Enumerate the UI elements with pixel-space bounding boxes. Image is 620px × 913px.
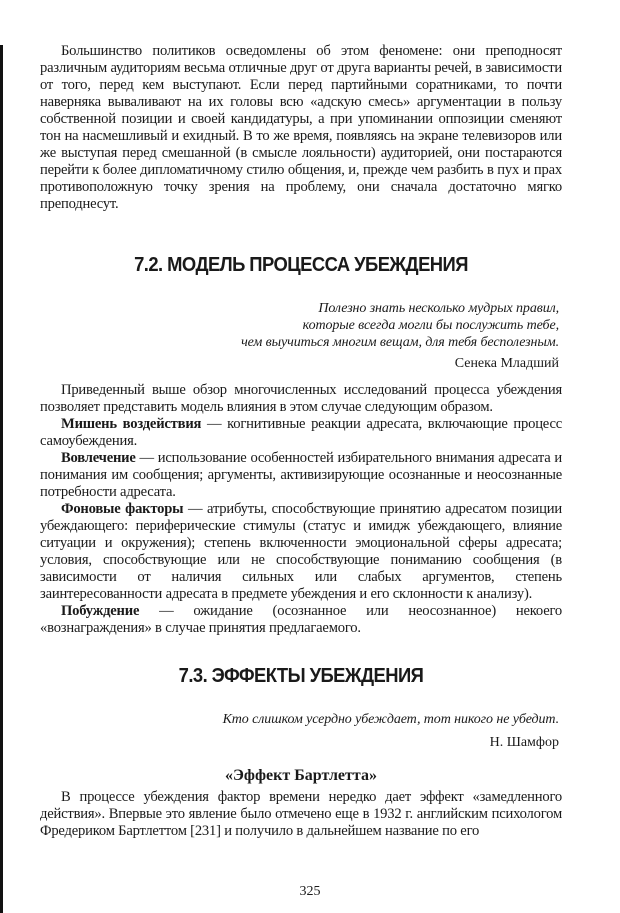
model-intro-paragraph: Приведенный выше обзор многочисленных ис… [40,382,562,416]
term-label: Мишень воздействия [61,416,201,432]
term-paragraph: Мишень воздействия — когнитивные реакции… [40,416,562,450]
term-label: Побуждение [61,603,139,619]
intro-paragraph: Большинство политиков осведомлены об это… [40,43,562,213]
epigraph-7-3: Кто слишком усердно убеждает, тот никого… [109,711,559,728]
epigraph-7-2: Полезно знать несколько мудрых правил, к… [139,300,559,372]
section-heading-7-2: 7.2. МОДЕЛЬ ПРОЦЕССА УБЕЖДЕНИЯ [61,254,541,277]
term-paragraph: Побуждение — ожидание (осознанное или не… [40,603,562,637]
epigraph-line: чем выучиться многим вещам, для тебя бес… [139,334,559,351]
term-paragraph: Вовлечение — использование особенностей … [40,450,562,501]
section-7-2-body: Приведенный выше обзор многочисленных ис… [40,382,562,637]
epigraph-line: Полезно знать несколько мудрых правил, [139,300,559,317]
term-label: Вовлечение [61,450,136,466]
term-paragraph: Фоновые факторы — атрибуты, способствующ… [40,501,562,603]
term-label: Фоновые факторы [61,501,183,517]
bartlett-paragraph: В процессе убеждения фактор времени нере… [40,789,562,840]
epigraph-author: Сенека Младший [139,356,559,372]
epigraph-author: Н. Шамфор [359,735,559,751]
section-heading-7-3: 7.3. ЭФФЕКТЫ УБЕЖДЕНИЯ [61,665,541,688]
subheading-bartlett-effect: «Эффект Бартлетта» [40,767,562,785]
page-number: 325 [0,884,620,900]
scan-edge-line [0,45,3,913]
epigraph-line: которые всегда могли бы послужить тебе, [139,317,559,334]
